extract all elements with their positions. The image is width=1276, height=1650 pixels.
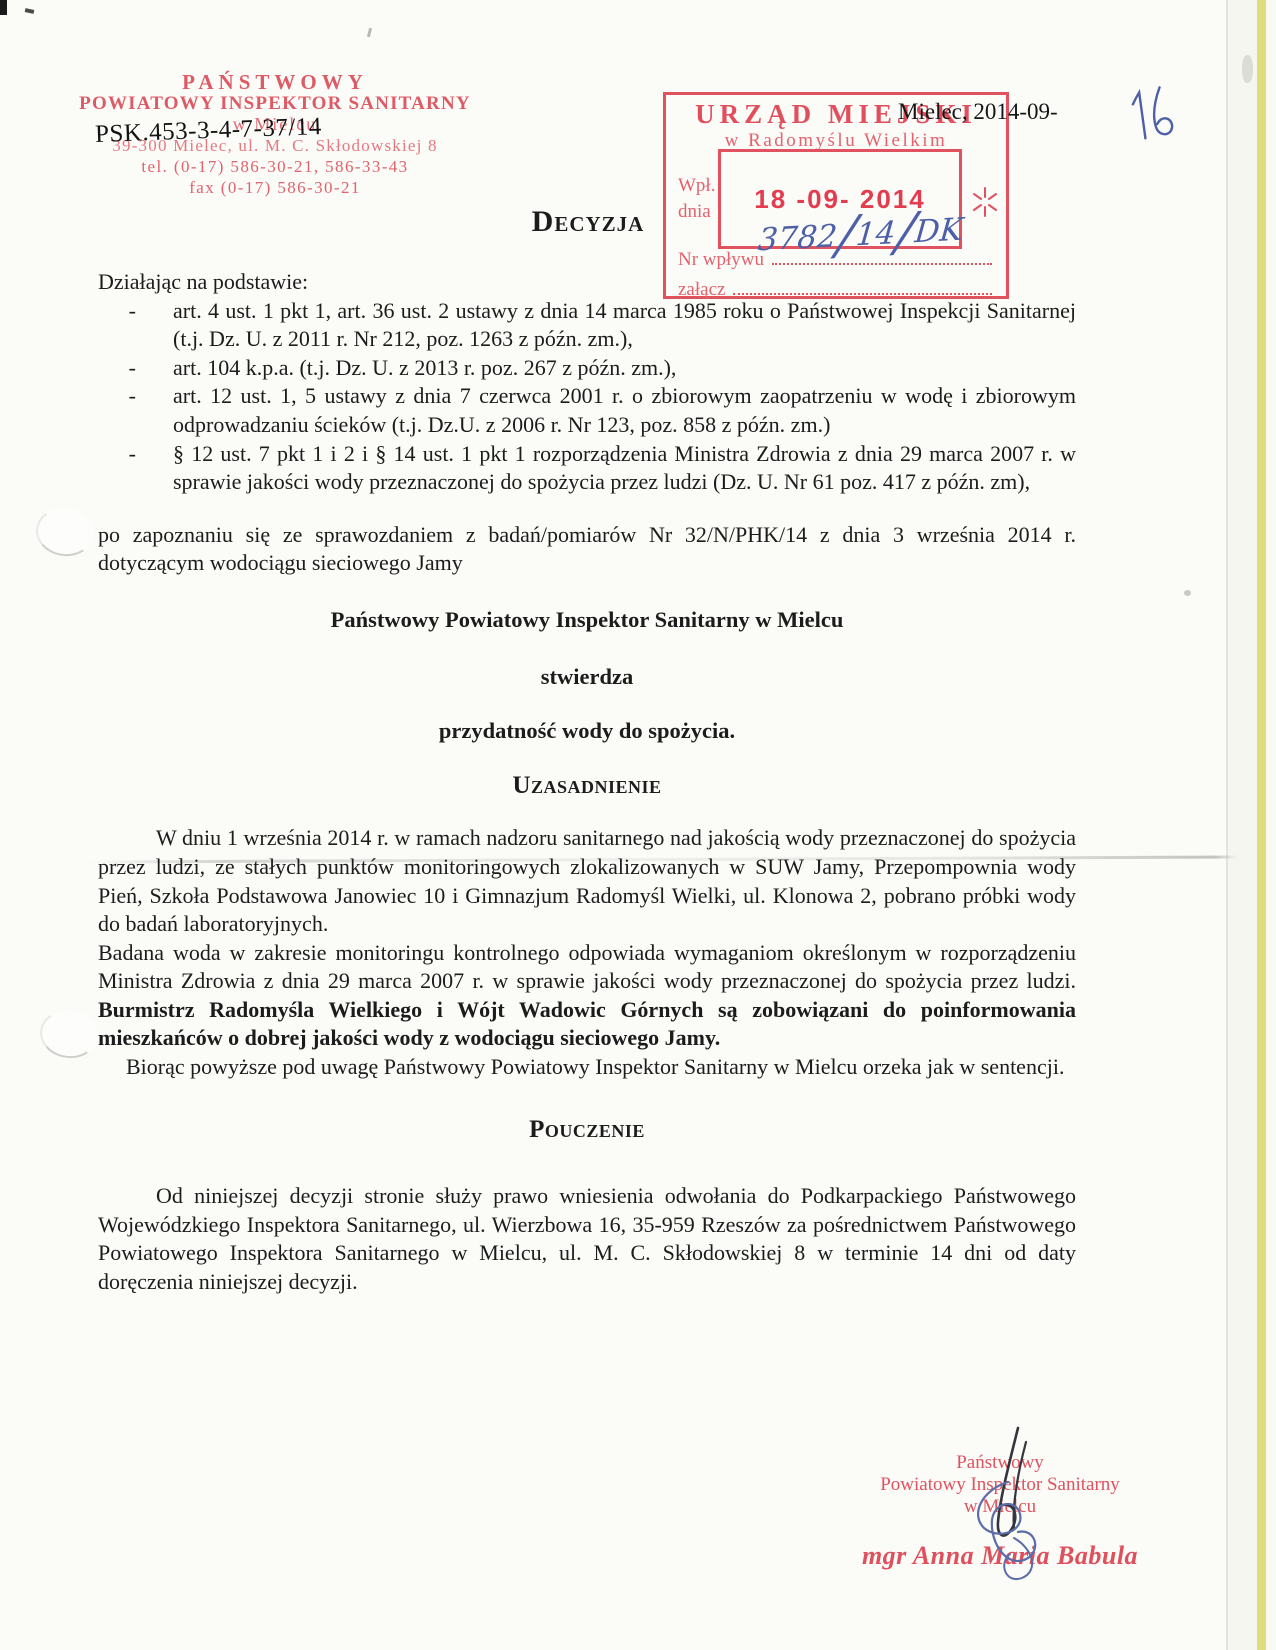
receipt-number-label: Nr wpływu [678,249,764,271]
legal-basis-item: - § 12 ust. 7 pkt 1 i 2 i § 14 ust. 1 pk… [98,440,1076,497]
handwritten-signature [948,1420,1088,1595]
scan-smudge [1242,55,1253,83]
decision-statement: przydatność wody do spożycia. [98,717,1076,746]
decision-verb: stwierdza [98,663,1076,692]
justification-paragraph-1: W dniu 1 września 2014 r. w ramach nadzo… [98,824,1076,938]
list-dash: - [98,354,136,383]
scan-edge-beige-column [1228,0,1257,1650]
receipt-label-wpl: Wpł. [678,173,715,199]
scan-corner-mark [0,0,7,15]
legal-basis-text: art. 12 ust. 1, 5 ustawy z dnia 7 czerwc… [173,382,1076,439]
sender-stamp-line: tel. (0-17) 586-30-21, 586-33-43 [60,156,490,177]
sender-stamp-line: fax (0-17) 586-30-21 [60,177,490,198]
sender-stamp-line: POWIATOWY INSPEKTOR SANITARNY [60,93,490,114]
justification-paragraph-3: Biorąc powyższe pod uwagę Państwowy Powi… [98,1053,1076,1082]
handwritten-number-part: DK [914,212,965,251]
dotted-leader [733,275,992,295]
place-and-date: Mielec, 2014-09- [898,99,1058,125]
justification-paragraph-2: Badana woda w zakresie monitoringu kontr… [98,939,1076,1053]
handwritten-day [1126,84,1178,151]
justification-p2-bold: Burmistrz Radomyśla Wielkiego i Wójt Wad… [98,997,1076,1051]
punch-hole [33,504,97,560]
receipt-attachments-row: załącz [678,275,992,301]
legal-basis-text: art. 104 k.p.a. (t.j. Dz. U. z 2013 r. p… [173,354,1076,383]
scanned-decision-document: { "header": { "sender_stamp": { "line1":… [0,0,1276,1650]
justification-heading: Uzasadnienie [98,772,1076,801]
list-dash: - [98,297,136,354]
scan-tick-mark [367,28,372,37]
instruction-paragraph: Od niniejszej decyzji stronie służy praw… [98,1182,1076,1296]
legal-basis-item: - art. 12 ust. 1, 5 ustawy z dnia 7 czer… [98,382,1076,439]
list-dash: - [98,440,136,497]
justification-p2-normal: Badana woda w zakresie monitoringu kontr… [98,940,1076,994]
legal-basis-item: - art. 4 ust. 1 pkt 1, art. 36 ust. 2 us… [98,297,1076,354]
handwritten-number-part: 14 [855,215,898,253]
legal-basis-item: - art. 104 k.p.a. (t.j. Dz. U. z 2013 r.… [98,354,1076,383]
instruction-heading: Pouczenie [98,1116,1076,1145]
legal-basis-text: art. 4 ust. 1 pkt 1, art. 36 ust. 2 usta… [173,297,1076,354]
receipt-received-label: Wpł. dnia [678,173,715,225]
stamp-star-icon [970,187,1000,217]
sender-stamp-line: PAŃSTWOWY [60,72,490,93]
handwritten-number-part: 3782 [757,218,839,258]
scan-edge-white-column [1266,0,1276,1650]
legal-basis-text: § 12 ust. 7 pkt 1 i 2 i § 14 ust. 1 pkt … [173,440,1076,497]
scan-edge-yellow-strip [1257,0,1266,1650]
preamble-paragraph: po zapoznaniu się ze sprawozdaniem z bad… [98,521,1076,578]
decision-authority: Państwowy Powiatowy Inspektor Sanitarny … [98,606,1076,635]
receipt-label-dnia: dnia [678,199,715,225]
scan-dot [1184,590,1191,596]
list-dash: - [98,382,136,439]
punch-hole [37,1006,101,1062]
document-body: Działając na podstawie: - art. 4 ust. 1 … [98,268,1076,1297]
scan-page-seam [1226,0,1228,1650]
receipt-attachments-label: załącz [678,279,725,301]
scan-corner-dash [25,8,35,14]
